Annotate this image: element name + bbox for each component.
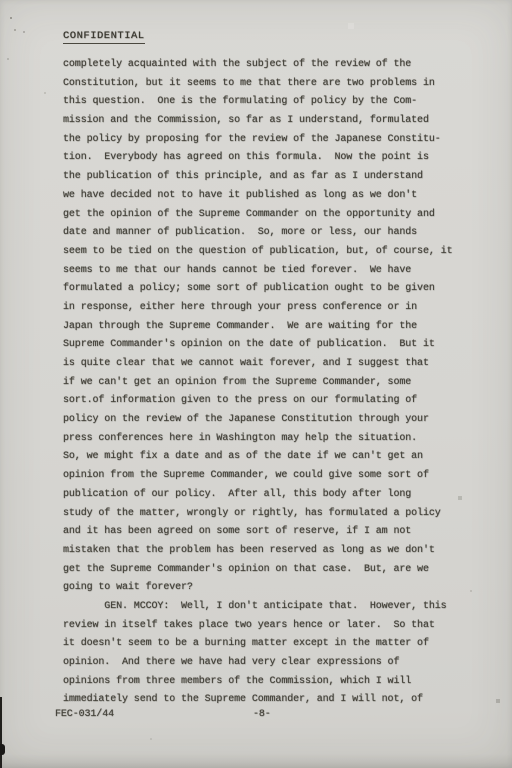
text-line: date and manner of publication. So, more… <box>63 224 472 243</box>
scan-bottom-shade <box>0 754 512 768</box>
page-number: -8- <box>253 709 271 720</box>
text-line: get the Supreme Commander's opinion on t… <box>63 561 472 580</box>
text-line: GEN. MCCOY: Well, I don't anticipate tha… <box>63 598 472 617</box>
text-line: get the opinion of the Supreme Commander… <box>63 206 472 225</box>
text-line: seem to be tied on the question of publi… <box>63 243 472 262</box>
text-line: study of the matter, wrongly or rightly,… <box>63 505 472 524</box>
text-line: immediately send to the Supreme Commande… <box>63 691 472 710</box>
text-line: the policy by proposing for the review o… <box>63 131 472 150</box>
text-line: this question. One is the formulating of… <box>63 93 472 112</box>
transcript-body: completely acquainted with the subject o… <box>63 56 472 710</box>
text-line: press conferences here in Washington may… <box>63 430 472 449</box>
text-line: completely acquainted with the subject o… <box>63 56 472 75</box>
text-line: is quite clear that we cannot wait forev… <box>63 355 472 374</box>
text-line: review in itself takes place two years h… <box>63 617 472 636</box>
classification-stamp: CONFIDENTIAL <box>63 30 145 44</box>
text-line: seems to me that our hands cannot be tie… <box>63 262 472 281</box>
text-line: formulated a policy; some sort of public… <box>63 280 472 299</box>
text-line: if we can't get an opinion from the Supr… <box>63 374 472 393</box>
text-line: it doesn't seem to be a burning matter e… <box>63 635 472 654</box>
text-line: mission and the Commission, so far as I … <box>63 112 472 131</box>
text-line: policy on the review of the Japanese Con… <box>63 411 472 430</box>
text-line: Japan through the Supreme Commander. We … <box>63 318 472 337</box>
text-line: and it has been agreed on some sort of r… <box>63 523 472 542</box>
text-line: tion. Everybody has agreed on this formu… <box>63 149 472 168</box>
text-line: sort.of information given to the press o… <box>63 392 472 411</box>
scan-noise-specks <box>0 0 2 2</box>
text-line: Supreme Commander's opinion on the date … <box>63 336 472 355</box>
text-line: we have decided not to have it published… <box>63 187 472 206</box>
text-line: Constitution, but it seems to me that th… <box>63 75 472 94</box>
text-line: publication of our policy. After all, th… <box>63 486 472 505</box>
text-line: the publication of this principle, and a… <box>63 168 472 187</box>
document-number: FEC-031/44 <box>55 709 114 720</box>
text-line: opinion from the Supreme Commander, we c… <box>63 467 472 486</box>
text-line: mistaken that the problem has been reser… <box>63 542 472 561</box>
page-footer: FEC-031/44 -8- <box>0 709 512 728</box>
text-line: in response, either here through your pr… <box>63 299 472 318</box>
text-line: opinion. And there we have had very clea… <box>63 654 472 673</box>
text-line: opinions from three members of the Commi… <box>63 673 472 692</box>
document-page: CONFIDENTIAL completely acquainted with … <box>0 0 512 768</box>
text-line: So, we might fix a date and as of the da… <box>63 448 472 467</box>
text-line: going to wait forever? <box>63 579 472 598</box>
